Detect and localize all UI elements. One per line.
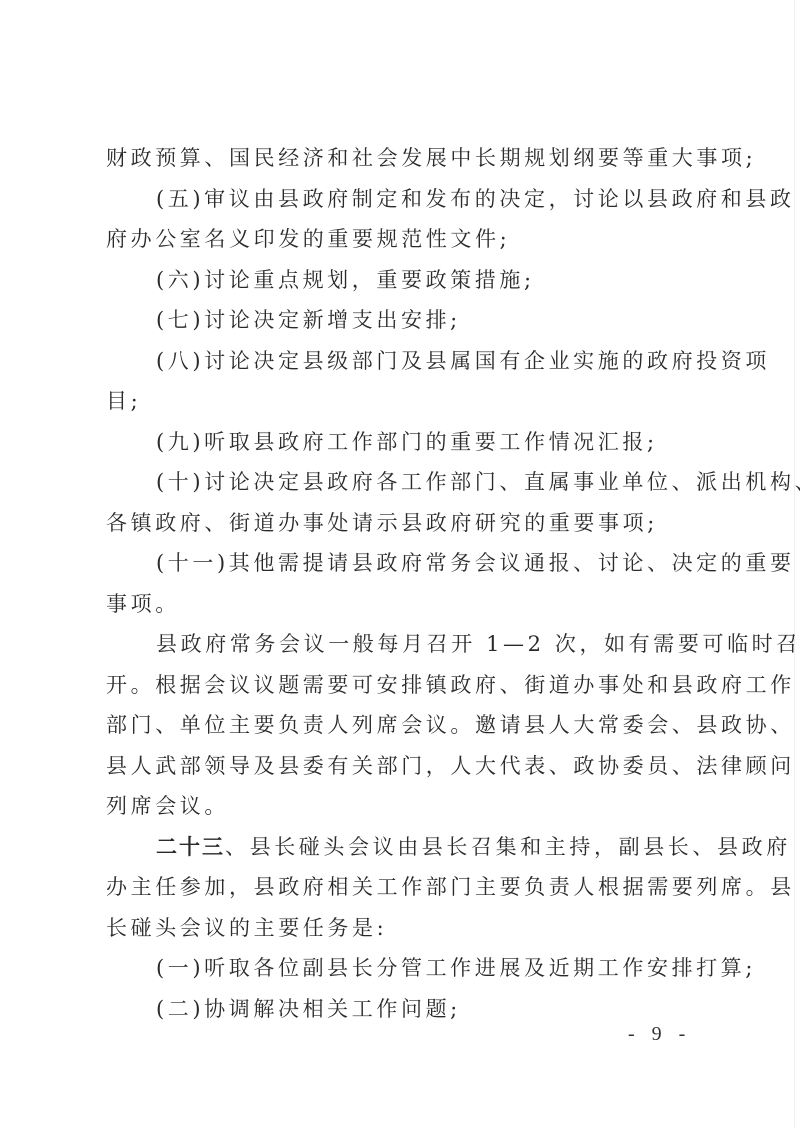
text-line: 部门、单位主要负责人列席会议。邀请县人大常委会、县政协、 xyxy=(106,705,706,746)
list-item-7: (七)讨论决定新增支出安排; xyxy=(106,300,706,341)
document-body: 财政预算、国民经济和社会发展中长期规划纲要等重大事项; (五)审议由县政府制定和… xyxy=(106,138,706,1029)
list-item-9: (九)听取县政府工作部门的重要工作情况汇报; xyxy=(106,422,706,463)
section-heading: 二十三 xyxy=(156,835,225,859)
text-line: 财政预算、国民经济和社会发展中长期规划纲要等重大事项; xyxy=(106,138,706,179)
list-item-5: (五)审议由县政府制定和发布的决定，讨论以县政府和县政 xyxy=(106,179,706,220)
text-line: 各镇政府、街道办事处请示县政府研究的重要事项; xyxy=(106,503,706,544)
section-23-first-line: 二十三、县长碰头会议由县长召集和主持，副县长、县政府 xyxy=(106,827,706,868)
section-23-text: 、县长碰头会议由县长召集和主持，副县长、县政府 xyxy=(225,835,791,859)
text-line: 列席会议。 xyxy=(106,786,706,827)
text-line: 目; xyxy=(106,381,706,422)
list-item-1: (一)听取各位副县长分管工作进展及近期工作安排打算; xyxy=(106,948,706,989)
list-item-8: (八)讨论决定县级部门及县属国有企业实施的政府投资项 xyxy=(106,341,706,382)
text-line: 县人武部领导及县委有关部门，人大代表、政协委员、法律顾问 xyxy=(106,746,706,787)
text-line: 开。根据会议议题需要可安排镇政府、街道办事处和县政府工作 xyxy=(106,665,706,706)
page-number: - 9 - xyxy=(628,1023,691,1046)
text-line: 长碰头会议的主要任务是: xyxy=(106,908,706,949)
text-line: 事项。 xyxy=(106,584,706,625)
list-item-2: (二)协调解决相关工作问题; xyxy=(106,989,706,1030)
paragraph-meeting-frequency: 县政府常务会议一般每月召开 1—2 次，如有需要可临时召 xyxy=(106,624,706,665)
text-line: 办主任参加，县政府相关工作部门主要负责人根据需要列席。县 xyxy=(106,867,706,908)
text-line: 府办公室名义印发的重要规范性文件; xyxy=(106,219,706,260)
list-item-10: (十)讨论决定县政府各工作部门、直属事业单位、派出机构、 xyxy=(106,462,706,503)
list-item-6: (六)讨论重点规划，重要政策措施; xyxy=(106,260,706,301)
list-item-11: (十一)其他需提请县政府常务会议通报、讨论、决定的重要 xyxy=(106,543,706,584)
document-page: 财政预算、国民经济和社会发展中长期规划纲要等重大事项; (五)审议由县政府制定和… xyxy=(0,0,800,1128)
